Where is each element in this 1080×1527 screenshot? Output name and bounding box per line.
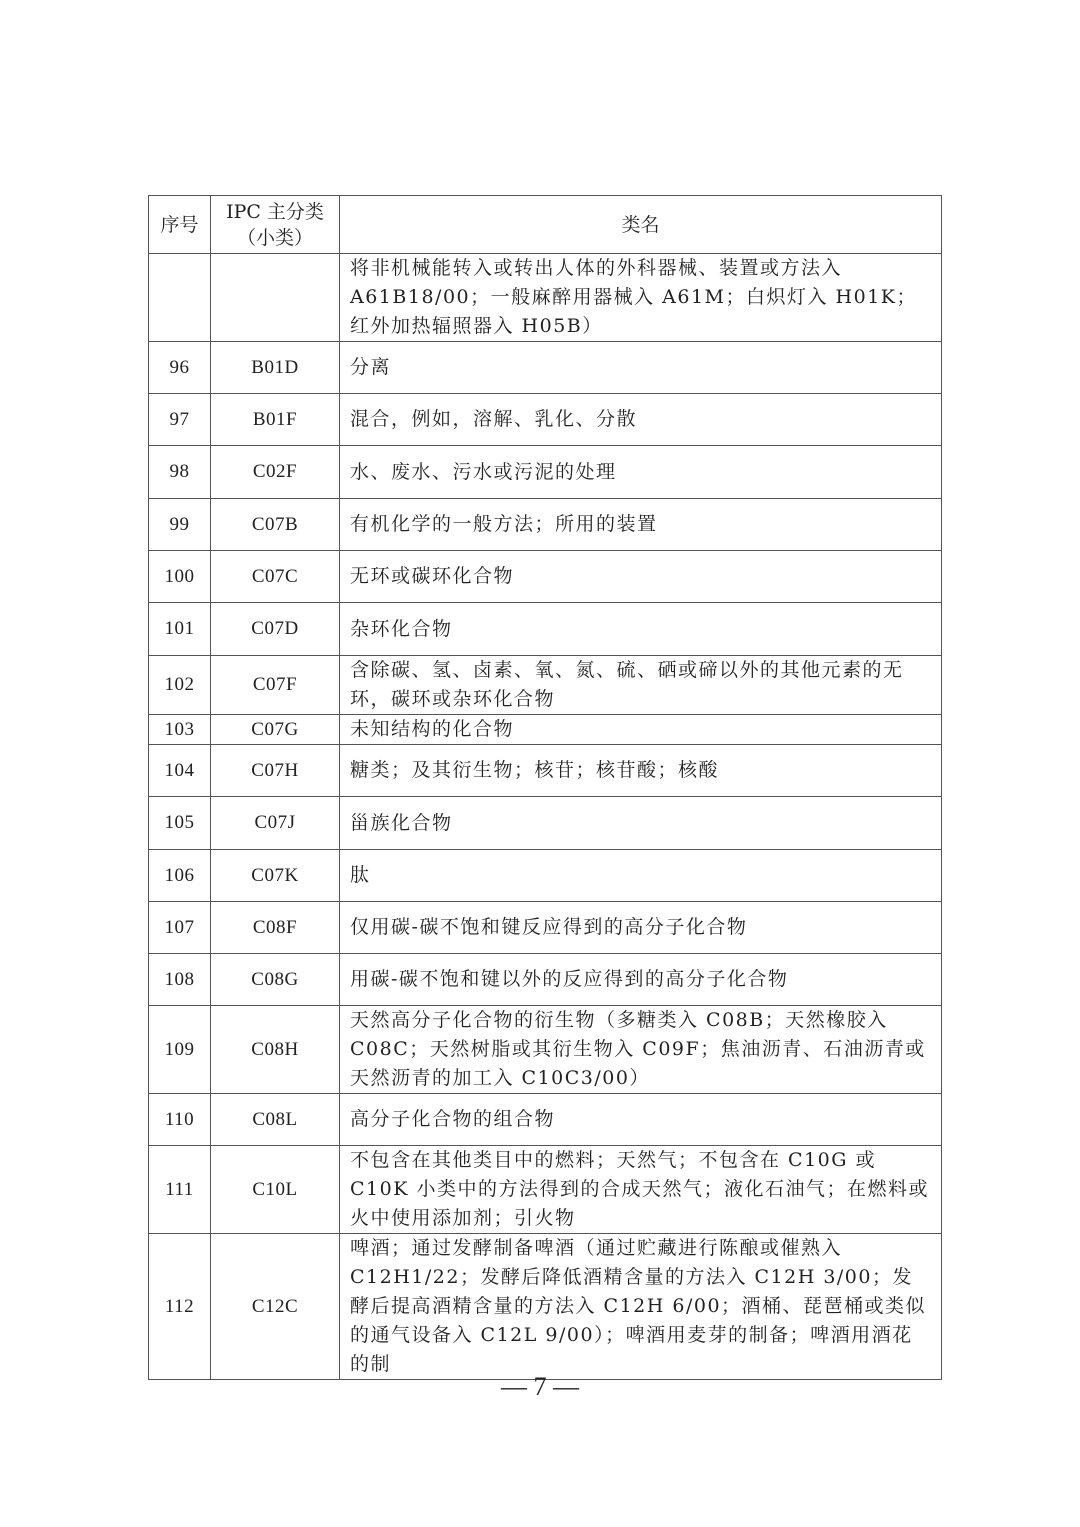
cell-class-name: 有机化学的一般方法；所用的装置: [340, 499, 942, 551]
header-ipc-line2: （小类）: [211, 225, 339, 251]
cell-seq: 98: [149, 446, 211, 499]
table-body: 将非机械能转入或转出人体的外科器械、装置或方法入 A61B18/00；一般麻醉用…: [149, 254, 942, 1380]
header-ipc: IPC 主分类 （小类）: [211, 196, 340, 254]
cell-seq: 101: [149, 603, 211, 656]
table-row: 97B01F混合，例如，溶解、乳化、分散: [149, 394, 942, 446]
cell-class-name: 仅用碳-碳不饱和键反应得到的高分子化合物: [340, 902, 942, 954]
header-name: 类名: [340, 196, 942, 254]
cell-ipc: C07F: [211, 656, 340, 715]
cell-class-name: 糖类；及其衍生物；核苷；核苷酸；核酸: [340, 745, 942, 797]
cell-seq: 106: [149, 850, 211, 902]
cell-class-name: 甾族化合物: [340, 797, 942, 850]
cell-class-name: 不包含在其他类目中的燃料；天然气；不包含在 C10G 或 C10K 小类中的方法…: [340, 1146, 942, 1234]
header-seq: 序号: [149, 196, 211, 254]
cell-seq: 96: [149, 342, 211, 394]
table-row: 103C07G未知结构的化合物: [149, 715, 942, 745]
cell-ipc: [211, 254, 340, 342]
cell-seq: 109: [149, 1006, 211, 1094]
cell-seq: 103: [149, 715, 211, 745]
table-row: 101C07D杂环化合物: [149, 603, 942, 656]
ipc-classification-table: 序号 IPC 主分类 （小类） 类名 将非机械能转入或转出人体的外科器械、装置或…: [148, 195, 942, 1380]
cell-ipc: C07J: [211, 797, 340, 850]
cell-seq: [149, 254, 211, 342]
cell-ipc: C07C: [211, 551, 340, 603]
cell-seq: 110: [149, 1094, 211, 1146]
cell-ipc: C07G: [211, 715, 340, 745]
table-row: 104C07H糖类；及其衍生物；核苷；核苷酸；核酸: [149, 745, 942, 797]
table-row: 108C08G用碳-碳不饱和键以外的反应得到的高分子化合物: [149, 954, 942, 1006]
cell-class-name: 用碳-碳不饱和键以外的反应得到的高分子化合物: [340, 954, 942, 1006]
table-row: 102C07F含除碳、氢、卤素、氧、氮、硫、硒或碲以外的其他元素的无环，碳环或杂…: [149, 656, 942, 715]
cell-class-name: 杂环化合物: [340, 603, 942, 656]
cell-class-name: 高分子化合物的组合物: [340, 1094, 942, 1146]
cell-class-name: 分离: [340, 342, 942, 394]
cell-class-name: 含除碳、氢、卤素、氧、氮、硫、硒或碲以外的其他元素的无环，碳环或杂环化合物: [340, 656, 942, 715]
cell-ipc: C07H: [211, 745, 340, 797]
table-row: 99C07B有机化学的一般方法；所用的装置: [149, 499, 942, 551]
cell-seq: 107: [149, 902, 211, 954]
cell-seq: 97: [149, 394, 211, 446]
cell-ipc: B01F: [211, 394, 340, 446]
cell-ipc: C08G: [211, 954, 340, 1006]
cell-seq: 108: [149, 954, 211, 1006]
cell-ipc: C08L: [211, 1094, 340, 1146]
cell-seq: 102: [149, 656, 211, 715]
cell-class-name: 混合，例如，溶解、乳化、分散: [340, 394, 942, 446]
table-row: 111C10L不包含在其他类目中的燃料；天然气；不包含在 C10G 或 C10K…: [149, 1146, 942, 1234]
table-row: 107C08F仅用碳-碳不饱和键反应得到的高分子化合物: [149, 902, 942, 954]
table-row: 112C12C啤酒；通过发酵制备啤酒（通过贮藏进行陈酿或催熟入 C12H1/22…: [149, 1234, 942, 1380]
cell-seq: 104: [149, 745, 211, 797]
page-number: — 7 —: [0, 1372, 1080, 1402]
cell-seq: 111: [149, 1146, 211, 1234]
cell-class-name: 天然高分子化合物的衍生物（多糖类入 C08B；天然橡胶入 C08C；天然树脂或其…: [340, 1006, 942, 1094]
cell-ipc: C07K: [211, 850, 340, 902]
table-row: 100C07C无环或碳环化合物: [149, 551, 942, 603]
cell-ipc: C07B: [211, 499, 340, 551]
cell-class-name: 将非机械能转入或转出人体的外科器械、装置或方法入 A61B18/00；一般麻醉用…: [340, 254, 942, 342]
cell-seq: 112: [149, 1234, 211, 1380]
table-row: 将非机械能转入或转出人体的外科器械、装置或方法入 A61B18/00；一般麻醉用…: [149, 254, 942, 342]
cell-class-name: 肽: [340, 850, 942, 902]
table-row: 96B01D分离: [149, 342, 942, 394]
cell-ipc: C12C: [211, 1234, 340, 1380]
cell-class-name: 啤酒；通过发酵制备啤酒（通过贮藏进行陈酿或催熟入 C12H1/22；发酵后降低酒…: [340, 1234, 942, 1380]
table-header-row: 序号 IPC 主分类 （小类） 类名: [149, 196, 942, 254]
cell-ipc: C08F: [211, 902, 340, 954]
table-row: 105C07J甾族化合物: [149, 797, 942, 850]
cell-ipc: C10L: [211, 1146, 340, 1234]
table-row: 109C08H天然高分子化合物的衍生物（多糖类入 C08B；天然橡胶入 C08C…: [149, 1006, 942, 1094]
cell-ipc: C07D: [211, 603, 340, 656]
cell-seq: 105: [149, 797, 211, 850]
table-row: 98C02F水、废水、污水或污泥的处理: [149, 446, 942, 499]
cell-class-name: 无环或碳环化合物: [340, 551, 942, 603]
cell-ipc: C02F: [211, 446, 340, 499]
table-row: 110C08L高分子化合物的组合物: [149, 1094, 942, 1146]
cell-class-name: 未知结构的化合物: [340, 715, 942, 745]
cell-ipc: C08H: [211, 1006, 340, 1094]
cell-seq: 100: [149, 551, 211, 603]
cell-class-name: 水、废水、污水或污泥的处理: [340, 446, 942, 499]
table-row: 106C07K肽: [149, 850, 942, 902]
cell-seq: 99: [149, 499, 211, 551]
cell-ipc: B01D: [211, 342, 340, 394]
header-ipc-line1: IPC 主分类: [211, 199, 339, 225]
